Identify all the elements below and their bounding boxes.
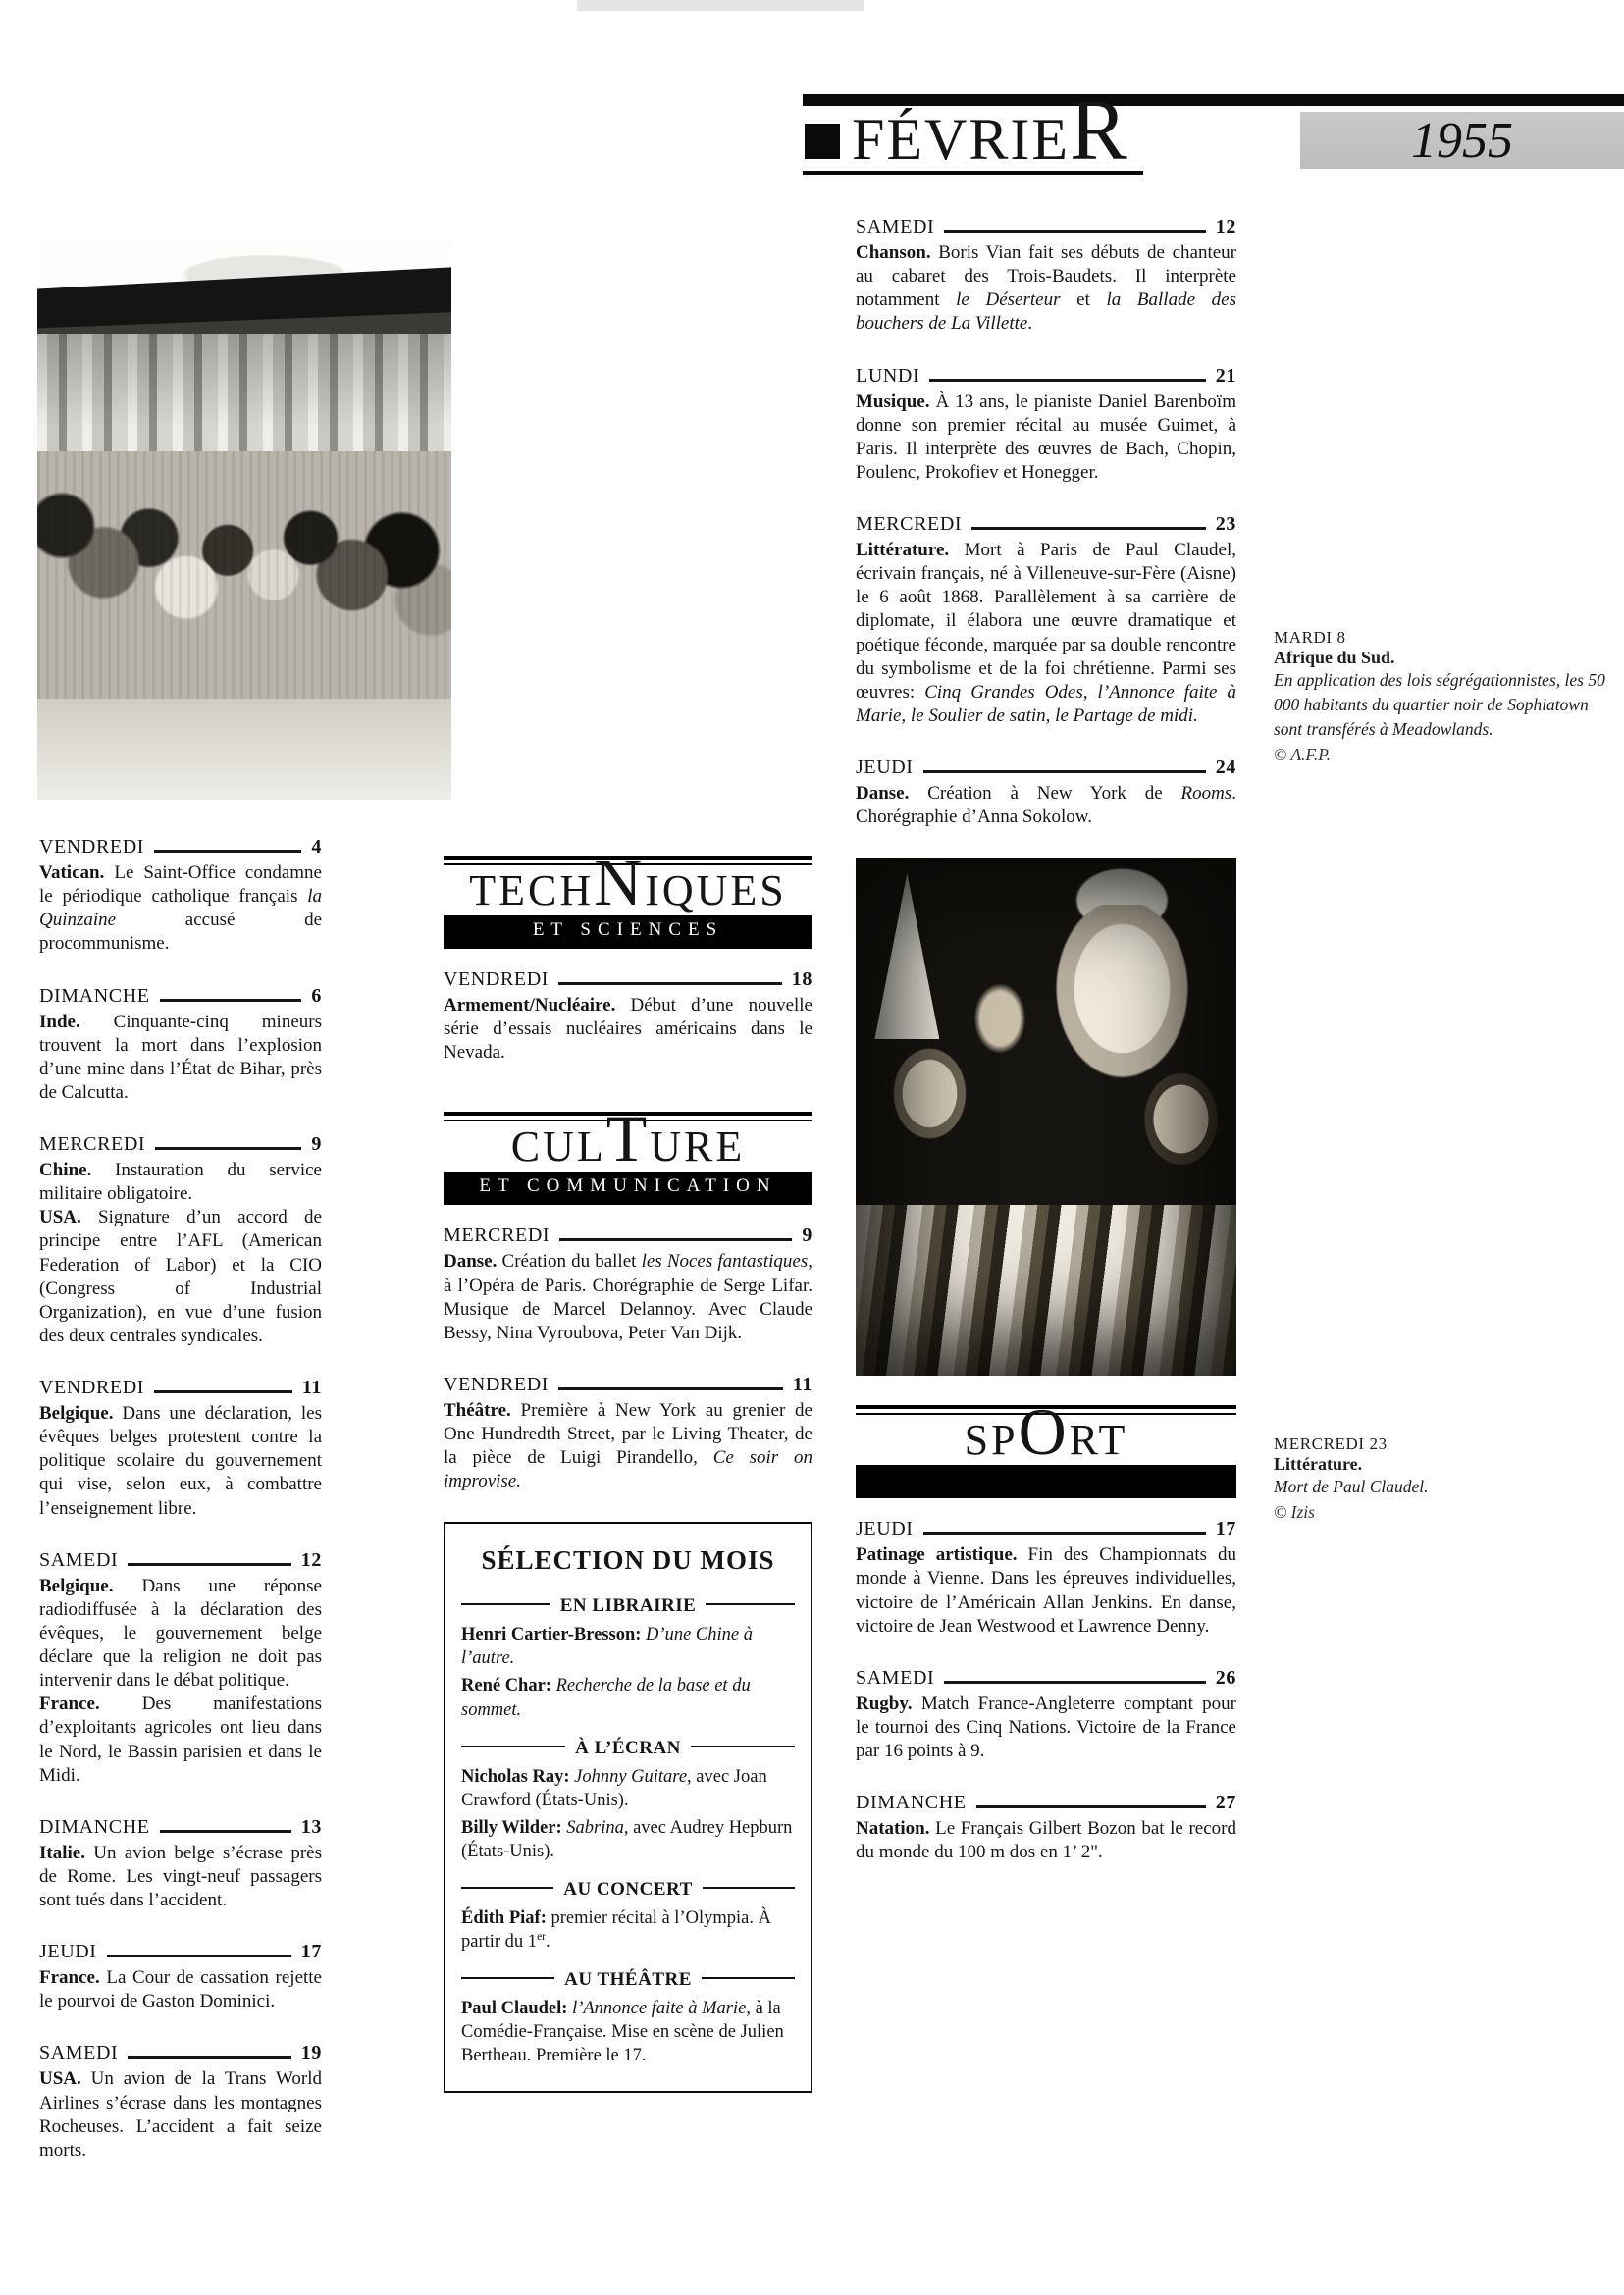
section-header-culture: CULTURE ET COMMUNICATION [444,1112,812,1205]
text-run: Cinquante-cinq mineurs trouvent la mort … [39,1012,322,1103]
selection-title: SÉLECTION DU MOIS [461,1545,795,1576]
section-title-big-letter: N [594,845,645,919]
section-subtitle [856,1465,1236,1498]
section-title-text: URE [650,1122,745,1171]
event-entry: JEUDI17 Patinage artistique. Fin des Cha… [856,1518,1236,1639]
entry-day-number: 11 [302,1377,322,1399]
entry-body: Littérature. Mort à Paris de Paul Claude… [856,539,1236,728]
event-entry: SAMEDI19 USA. Un avion de la Trans World… [39,2042,322,2163]
entry-body: Théâtre. Première à New York au grenier … [444,1399,812,1494]
entry-day-label: MERCREDI [39,1133,145,1156]
selection-item: Édith Piaf: premier récital à l’Olympia.… [461,1906,795,1954]
text-run: Édith Piaf: [461,1908,547,1928]
heading-text: AU THÉÂTRE [564,1969,692,1991]
entry-rule [559,1238,792,1241]
event-entry: VENDREDI4 Vatican. Le Saint-Office conda… [39,836,322,957]
heading-rule [461,1887,553,1889]
caption-credit: © A.F.P. [1274,745,1607,765]
text-run: USA. [39,2068,81,2089]
event-entry: MERCREDI9 Danse. Création du ballet les … [444,1225,812,1345]
caption-title: Littérature. [1274,1454,1607,1475]
text-run: Théâtre. [444,1400,511,1421]
text-run: Création à New York de [909,783,1180,804]
entry-rule [923,1532,1206,1535]
entry-day-label: JEUDI [856,756,914,779]
text-run: Rooms [1181,783,1232,804]
entry-rule [976,1805,1206,1808]
entry-rule [107,1955,291,1957]
event-entry: DIMANCHE13 Italie. Un avion belge s’écra… [39,1816,322,1912]
text-run: l’Annonce faite à Marie [572,1999,746,2018]
text-run: Billy Wilder: [461,1818,562,1838]
heading-rule [703,1887,795,1889]
section-title: SPORT [856,1419,1236,1462]
entry-rule [128,1563,291,1566]
entry-body: Italie. Un avion belge s’écrase près de … [39,1842,322,1912]
section-title: CULTURE [444,1125,812,1169]
event-entry: SAMEDI26 Rugby. Match France-Angleterre … [856,1667,1236,1763]
entry-day-label: DIMANCHE [39,985,150,1008]
entry-body: Vatican. Le Saint-Office condamne le pér… [39,861,322,957]
heading-rule [461,1977,554,1979]
event-entry: SAMEDI12 Chanson. Boris Vian fait ses dé… [856,216,1236,337]
column-right: SAMEDI12 Chanson. Boris Vian fait ses dé… [856,216,1236,1893]
text-run: et [1060,289,1106,310]
entry-day-number: 12 [1216,216,1236,238]
entry-body: USA. Un avion de la Trans World Airlines… [39,2067,322,2163]
entry-rule [128,2056,291,2059]
selection-item: René Char: Recherche de la base et du so… [461,1674,795,1721]
event-entry: LUNDI21 Musique. À 13 ans, le pianiste D… [856,365,1236,486]
entry-day-number: 17 [301,1941,322,1963]
text-run: Danse. [444,1251,497,1272]
entry-day-label: SAMEDI [856,1667,934,1690]
entry-day-label: MERCREDI [444,1225,550,1247]
event-entry: DIMANCHE6 Inde. Cinquante-cinq mineurs t… [39,985,322,1106]
month-title-text: FÉVRIE [852,107,1070,172]
event-entry: SAMEDI12 Belgique. Dans une réponse radi… [39,1549,322,1788]
selection-group-heading: AU THÉÂTRE [461,1969,795,1991]
entry-day-label: LUNDI [856,365,919,388]
entry-day-number: 11 [793,1374,812,1396]
text-run: . [1027,313,1032,334]
entry-rule [154,1390,292,1393]
entry-rule [944,230,1206,233]
entry-body: Rugby. Match France-Angleterre comptant … [856,1693,1236,1763]
caption-day: MARDI 8 [1274,628,1607,648]
event-entry: MERCREDI9 Chine. Instauration du service… [39,1133,322,1348]
entry-day-number: 4 [311,836,322,859]
text-run: Sabrina [566,1818,624,1838]
section-subtitle: ET SCIENCES [444,915,812,949]
entry-day-label: VENDREDI [39,1377,144,1399]
entry-rule [154,850,301,853]
text-run: Belgique. [39,1403,113,1424]
entry-body: France. La Cour de cassation rejette le … [39,1966,322,2013]
text-run: Danse. [856,783,909,804]
heading-text: EN LIBRAIRIE [560,1595,697,1617]
entry-body: Chanson. Boris Vian fait ses débuts de c… [856,241,1236,337]
text-run: Paul Claudel: [461,1999,567,2018]
entry-day-number: 23 [1216,513,1236,536]
text-run: Vatican. [39,862,104,883]
month-title: FÉVRIER [852,110,1129,169]
text-run: Littérature. [856,540,949,560]
heading-rule [461,1603,550,1605]
text-run: Match France-Angleterre comptant pour le… [856,1694,1236,1761]
heading-rule [461,1746,565,1747]
section-subtitle: ET COMMUNICATION [444,1172,812,1205]
text-run: Création du ballet [497,1251,641,1272]
event-entry: JEUDI17 France. La Cour de cassation rej… [39,1941,322,2013]
section-title-text: RT [1070,1416,1128,1464]
text-run: France. [39,1967,100,1988]
heading-rule [702,1977,795,1979]
event-entry: VENDREDI11 Belgique. Dans une déclaratio… [39,1377,322,1521]
magazine-page: FÉVRIER 1955 VENDREDI4 Vatican. Le Saint… [0,0,1624,2295]
section-header-techniques: TECHNIQUES ET SCIENCES [444,856,812,949]
text-run: Chanson. [856,242,931,263]
entry-rule [923,770,1206,773]
selection-item: Nicholas Ray: Johnny Guitare, avec Joan … [461,1765,795,1812]
text-run: Rugby. [856,1694,913,1714]
entry-body: Inde. Cinquante-cinq mineurs trouvent la… [39,1011,322,1106]
text-run: USA. [39,1207,81,1227]
entry-body: Chine. Instauration du service militaire… [39,1159,322,1348]
photo-paul-claudel-puppets [856,858,1236,1376]
text-run: Un avion de la Trans World Airlines s’éc… [39,2068,322,2160]
text-run: Signature d’un accord de principe entre … [39,1207,322,1346]
month-title-block: FÉVRIER [803,106,1143,175]
entry-rule [558,982,782,985]
entry-rule [558,1387,783,1390]
entry-day-number: 18 [792,968,812,991]
text-run: Musique. [856,391,930,412]
section-title: TECHNIQUES [444,869,812,913]
caption-title: Afrique du Sud. [1274,648,1607,668]
entry-day-number: 12 [301,1549,322,1572]
section-title-text: TECH [469,866,594,914]
photo-caption-claudel: MERCREDI 23 Littérature. Mort de Paul Cl… [1274,1434,1607,1523]
entry-day-label: VENDREDI [444,1374,549,1396]
text-run: les Noces fantastiques [642,1251,809,1272]
text-run: . [546,1932,550,1952]
section-title-text: SP [965,1416,1019,1464]
text-run: Chine. [39,1160,91,1180]
event-entry: MERCREDI23 Littérature. Mort à Paris de … [856,513,1236,728]
entry-day-label: SAMEDI [39,1549,118,1572]
section-title-text: CUL [511,1122,606,1171]
year-badge: 1955 [1300,112,1624,169]
event-entry: DIMANCHE27 Natation. Le Français Gilbert… [856,1792,1236,1864]
text-run: Inde. [39,1012,80,1032]
entry-day-number: 26 [1216,1667,1236,1690]
entry-day-label: JEUDI [856,1518,914,1540]
column-left: VENDREDI4 Vatican. Le Saint-Office conda… [39,836,322,2191]
entry-rule [160,999,302,1002]
entry-day-number: 17 [1216,1518,1236,1540]
entry-day-number: 24 [1216,756,1236,779]
month-title-big-letter: R [1070,83,1129,179]
entry-day-label: VENDREDI [444,968,549,991]
column-middle: TECHNIQUES ET SCIENCES VENDREDI18 Armeme… [444,856,812,2093]
section-title-big-letter: T [606,1101,651,1175]
photo-main-face [1046,905,1198,1091]
photo-drapery [856,1205,1236,1376]
entry-day-number: 13 [301,1816,322,1839]
entry-body: Belgique. Dans une déclaration, les évêq… [39,1402,322,1521]
heading-rule [691,1746,795,1747]
event-entry: VENDREDI18 Armement/Nucléaire. Début d’u… [444,968,812,1065]
photo-ground [37,699,451,800]
entry-day-label: MERCREDI [856,513,962,536]
entry-body: Danse. Création du ballet les Noces fant… [444,1250,812,1345]
photo-puppet-face [969,977,1030,1060]
entry-body: Armement/Nucléaire. Début d’une nouvelle… [444,994,812,1065]
heading-text: AU CONCERT [563,1879,693,1901]
selection-item: Henri Cartier-Bresson: D’une Chine à l’a… [461,1623,795,1670]
entry-body: Belgique. Dans une réponse radiodiffusée… [39,1575,322,1788]
entry-day-number: 6 [311,985,322,1008]
text-run: Mort à Paris de Paul Claudel, écrivain f… [856,540,1236,703]
entry-body: Danse. Création à New York de Rooms. Cho… [856,782,1236,829]
selection-item: Paul Claudel: l’Annonce faite à Marie, à… [461,1997,795,2067]
section-title-big-letter: O [1019,1394,1070,1469]
text-run: Natation. [856,1818,929,1839]
entry-body: Natation. Le Français Gilbert Bozon bat … [856,1817,1236,1864]
entry-day-label: SAMEDI [39,2042,118,2064]
square-bullet-icon [805,124,840,159]
entry-day-number: 27 [1216,1792,1236,1814]
caption-credit: © Izis [1274,1502,1607,1523]
entry-body: Musique. À 13 ans, le pianiste Daniel Ba… [856,391,1236,486]
entry-rule [155,1147,301,1150]
selection-item: Billy Wilder: Sabrina, avec Audrey Hepbu… [461,1816,795,1863]
heading-rule [706,1603,795,1605]
event-entry: VENDREDI11 Théâtre. Première à New York … [444,1374,812,1494]
photo-puppet-face [890,1044,969,1142]
entry-day-label: VENDREDI [39,836,144,859]
text-run: Patinage artistique. [856,1544,1018,1565]
text-run: Italie. [39,1843,85,1863]
entry-day-label: SAMEDI [856,216,934,238]
selection-of-the-month-box: SÉLECTION DU MOIS EN LIBRAIRIE Henri Car… [444,1522,812,2093]
text-run: er [537,1931,546,1943]
entry-day-label: JEUDI [39,1941,97,1963]
text-run: Johnny Guitare [574,1767,687,1787]
text-run: France. [39,1694,100,1714]
selection-group-heading: AU CONCERT [461,1879,795,1901]
photo-puppet-hat [1069,863,1176,931]
caption-text: Mort de Paul Claudel. [1274,1475,1607,1499]
text-run: Nicholas Ray: [461,1767,570,1787]
entry-day-number: 9 [802,1225,812,1247]
event-entry: JEUDI24 Danse. Création à New York de Ro… [856,756,1236,829]
entry-rule [160,1830,291,1833]
text-run: le Déserteur [956,289,1060,310]
photo-puppet-face [1137,1065,1225,1174]
text-run: Belgique. [39,1576,113,1596]
entry-rule [944,1681,1206,1684]
entry-day-number: 19 [301,2042,322,2064]
section-title-text: IQUES [645,866,787,914]
photo-caption-sophiatown: MARDI 8 Afrique du Sud. En application d… [1274,628,1607,765]
photo-crowd [37,451,451,699]
header-rule [803,94,1624,106]
entry-rule [929,379,1206,382]
text-run: Armement/Nucléaire. [444,995,615,1016]
selection-group-heading: À L’ÉCRAN [461,1738,795,1759]
entry-day-label: DIMANCHE [39,1816,150,1839]
entry-day-label: DIMANCHE [856,1792,967,1814]
entry-rule [971,527,1206,530]
caption-day: MERCREDI 23 [1274,1434,1607,1454]
text-run: René Char: [461,1676,551,1695]
entry-body: Patinage artistique. Fin des Championnat… [856,1543,1236,1639]
page-header: FÉVRIER 1955 [803,94,1624,175]
entry-day-number: 21 [1216,365,1236,388]
text-run: Henri Cartier-Bresson: [461,1625,641,1644]
photo-sophiatown [37,238,451,800]
caption-text: En application des lois ségrégationniste… [1274,668,1607,742]
selection-group-heading: EN LIBRAIRIE [461,1595,795,1617]
entry-day-number: 9 [311,1133,322,1156]
heading-text: À L’ÉCRAN [575,1738,681,1759]
photo-white-cone [874,873,939,1039]
scan-artifact [577,0,864,11]
section-header-sport: SPORT [856,1405,1236,1498]
